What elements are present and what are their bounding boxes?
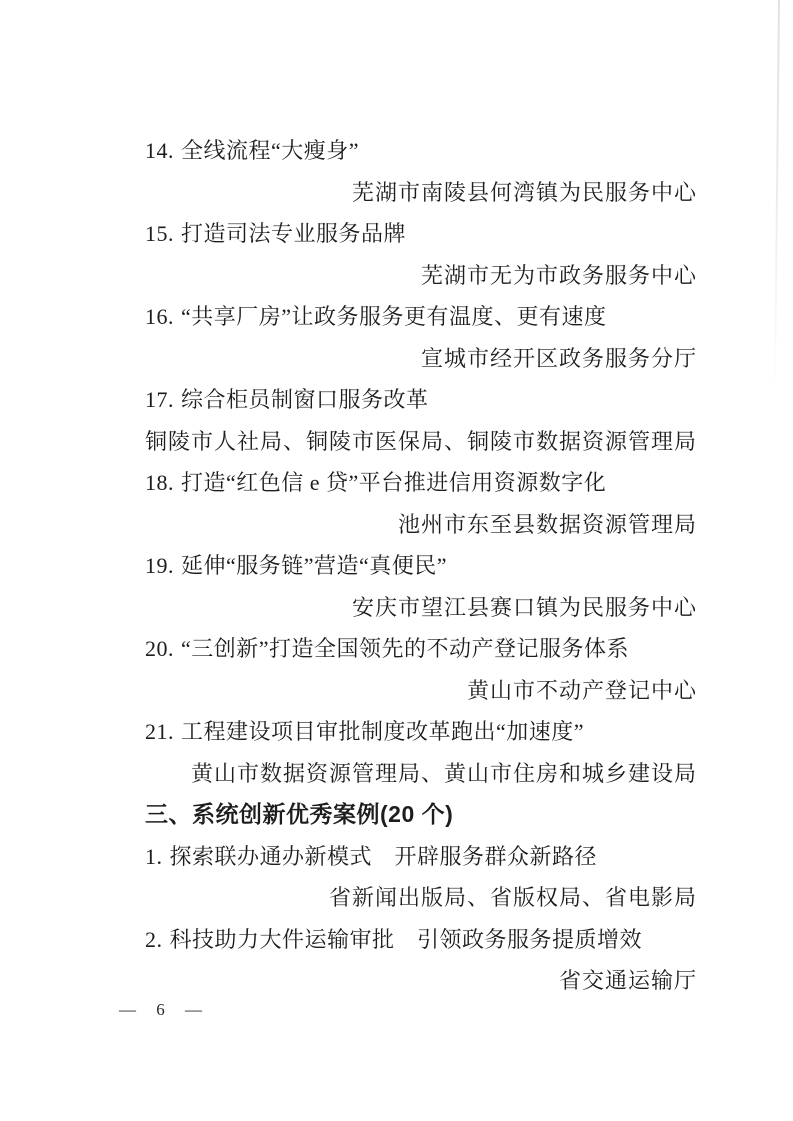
- case-title-text: “三创新”打造全国领先的不动产登记服务体系: [181, 636, 629, 661]
- case-org: 黄山市数据资源管理局、黄山市住房和城乡建设局: [145, 753, 697, 795]
- case-number: 18.: [145, 470, 174, 495]
- case-entry-21: 21.工程建设项目审批制度改革跑出“加速度” 黄山市数据资源管理局、黄山市住房和…: [145, 711, 697, 794]
- case-entry-s3-2: 2.科技助力大件运输审批 引领政务服务提质增效 省交通运输厅: [145, 919, 697, 1002]
- case-number: 2.: [145, 927, 163, 952]
- case-org: 宣城市经开区政务服务分厅: [145, 338, 697, 380]
- case-title-text: 全线流程“大瘦身”: [181, 138, 359, 163]
- case-title-text: 探索联办通办新模式 开辟服务群众新路径: [170, 844, 598, 869]
- case-org: 芜湖市南陵县何湾镇为民服务中心: [145, 172, 697, 214]
- document-page: 14.全线流程“大瘦身” 芜湖市南陵县何湾镇为民服务中心 15.打造司法专业服务…: [0, 0, 793, 1121]
- case-org: 安庆市望江县赛口镇为民服务中心: [145, 587, 697, 629]
- case-title-text: 工程建设项目审批制度改革跑出“加速度”: [181, 719, 584, 744]
- case-title: 19.延伸“服务链”营造“真便民”: [145, 545, 697, 587]
- case-title-text: 打造司法专业服务品牌: [181, 221, 406, 246]
- case-title-text: 打造“红色信 e 贷”平台推进信用资源数字化: [181, 470, 606, 495]
- case-entry-14: 14.全线流程“大瘦身” 芜湖市南陵县何湾镇为民服务中心: [145, 130, 697, 213]
- page-number: — 6 —: [119, 1000, 203, 1020]
- case-entry-19: 19.延伸“服务链”营造“真便民” 安庆市望江县赛口镇为民服务中心: [145, 545, 697, 628]
- section-heading: 三、系统创新优秀案例(20 个): [145, 794, 697, 836]
- case-entry-20: 20.“三创新”打造全国领先的不动产登记服务体系 黄山市不动产登记中心: [145, 628, 697, 711]
- case-org: 省交通运输厅: [145, 960, 697, 1002]
- case-title-text: 延伸“服务链”营造“真便民”: [181, 553, 447, 578]
- case-title: 20.“三创新”打造全国领先的不动产登记服务体系: [145, 628, 697, 670]
- case-title: 2.科技助力大件运输审批 引领政务服务提质增效: [145, 919, 697, 961]
- case-entry-s3-1: 1.探索联办通办新模式 开辟服务群众新路径 省新闻出版局、省版权局、省电影局: [145, 836, 697, 919]
- case-title: 1.探索联办通办新模式 开辟服务群众新路径: [145, 836, 697, 878]
- case-org: 芜湖市无为市政务服务中心: [145, 255, 697, 297]
- document-content: 14.全线流程“大瘦身” 芜湖市南陵县何湾镇为民服务中心 15.打造司法专业服务…: [145, 130, 697, 1002]
- case-title: 17.综合柜员制窗口服务改革: [145, 379, 697, 421]
- case-number: 17.: [145, 387, 174, 412]
- case-org: 黄山市不动产登记中心: [145, 670, 697, 712]
- case-title-text: “共享厂房”让政务服务更有温度、更有速度: [181, 304, 607, 329]
- case-number: 20.: [145, 636, 174, 661]
- case-title: 15.打造司法专业服务品牌: [145, 213, 697, 255]
- case-entry-15: 15.打造司法专业服务品牌 芜湖市无为市政务服务中心: [145, 213, 697, 296]
- case-org: 铜陵市人社局、铜陵市医保局、铜陵市数据资源管理局: [145, 421, 697, 463]
- case-number: 14.: [145, 138, 174, 163]
- case-number: 1.: [145, 844, 163, 869]
- case-title-text: 科技助力大件运输审批 引领政务服务提质增效: [170, 927, 643, 952]
- case-title: 21.工程建设项目审批制度改革跑出“加速度”: [145, 711, 697, 753]
- case-entry-18: 18.打造“红色信 e 贷”平台推进信用资源数字化 池州市东至县数据资源管理局: [145, 462, 697, 545]
- case-org: 省新闻出版局、省版权局、省电影局: [145, 877, 697, 919]
- case-entry-17: 17.综合柜员制窗口服务改革 铜陵市人社局、铜陵市医保局、铜陵市数据资源管理局: [145, 379, 697, 462]
- case-number: 15.: [145, 221, 174, 246]
- case-title: 16.“共享厂房”让政务服务更有温度、更有速度: [145, 296, 697, 338]
- case-entry-16: 16.“共享厂房”让政务服务更有温度、更有速度 宣城市经开区政务服务分厅: [145, 296, 697, 379]
- case-number: 21.: [145, 719, 174, 744]
- case-number: 19.: [145, 553, 174, 578]
- case-title: 18.打造“红色信 e 贷”平台推进信用资源数字化: [145, 462, 697, 504]
- case-org: 池州市东至县数据资源管理局: [145, 504, 697, 546]
- scan-artifact-line: [774, 0, 780, 395]
- case-title-text: 综合柜员制窗口服务改革: [181, 387, 429, 412]
- case-number: 16.: [145, 304, 174, 329]
- case-title: 14.全线流程“大瘦身”: [145, 130, 697, 172]
